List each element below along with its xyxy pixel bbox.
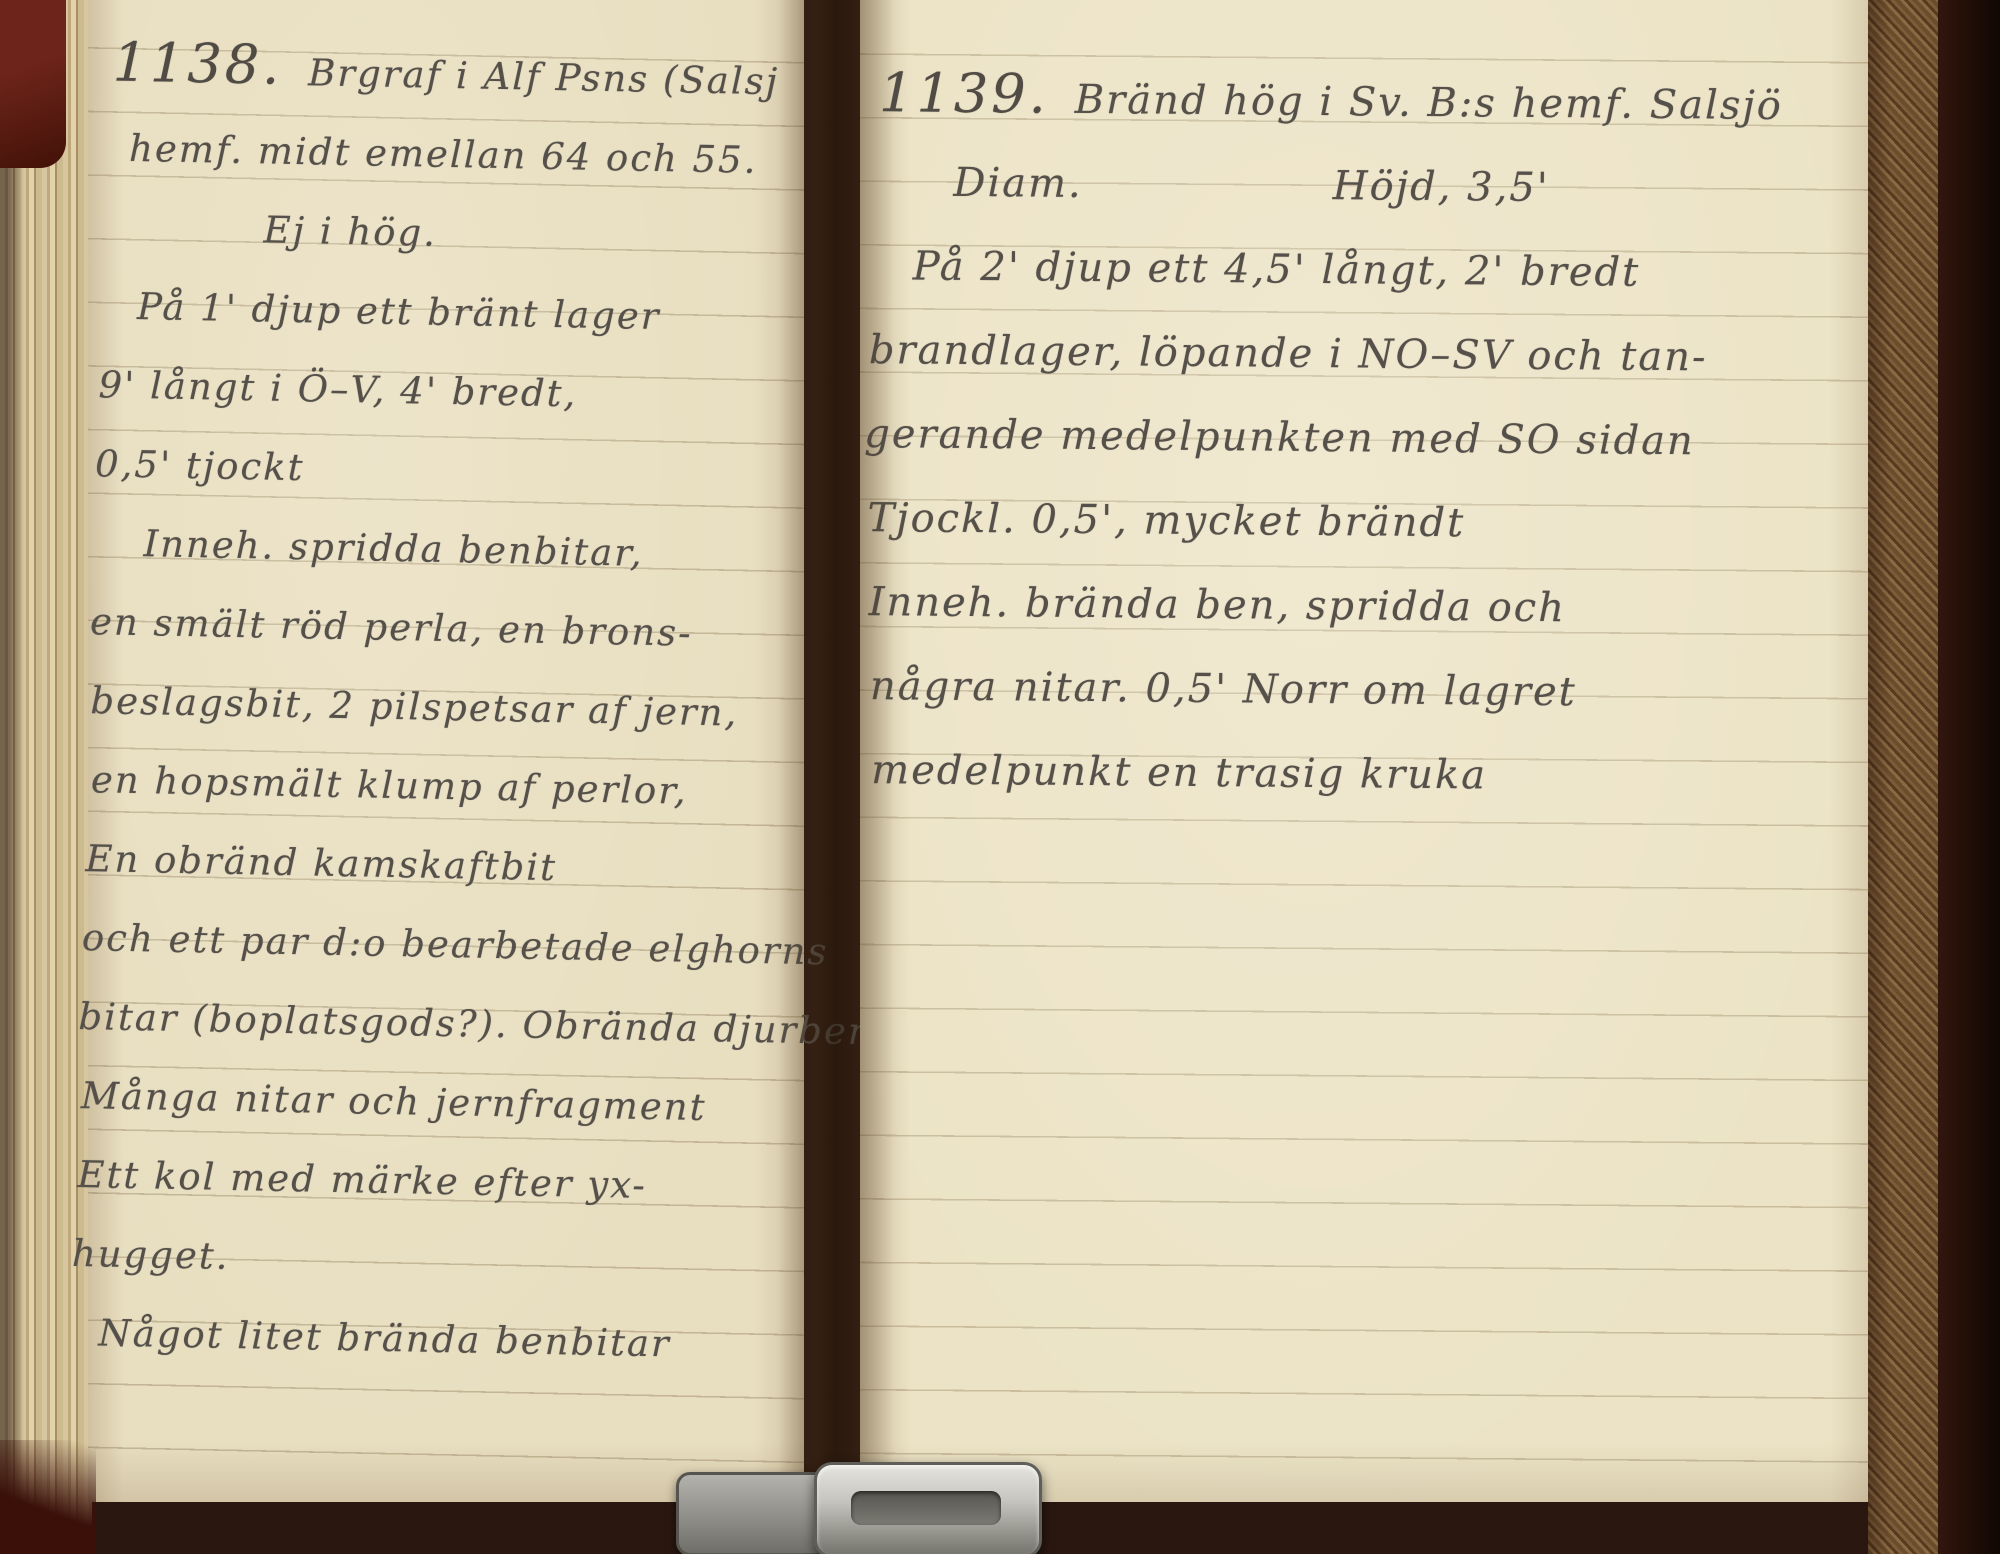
handwritten-line: en smält röd perla, en brons- [90, 561, 793, 653]
handwritten-line: På 2' djup ett 4,5' långt, 2' bredt [913, 202, 1869, 294]
book-scan: 1138. Brgraf i Alf Psns (Salsj hemf. mid… [0, 0, 2000, 1554]
handwritten-line: 1139. Bränd hög i Sv. B:s hemf. Salsjö [879, 34, 1870, 127]
line-text: Inneh. brända ben, spridda och [869, 582, 1567, 628]
line-text: hemf. midt emellan 64 och 55. [129, 130, 758, 179]
line-text: En obränd kamskaftbit [85, 840, 557, 886]
entry-1138-title: Brgraf i Alf Psns (Salsj [308, 54, 780, 100]
line-text: hugget. [72, 1235, 230, 1275]
left-page: 1138. Brgraf i Alf Psns (Salsj hemf. mid… [88, 0, 804, 1502]
handwritten-line: Tjockl. 0,5', mycket brändt [867, 454, 1866, 547]
line-text: På 1' djup ett bränt lager [137, 288, 661, 335]
line-text: 9' långt i Ö–V, 4' bredt, [98, 366, 577, 412]
clasp-slot [851, 1491, 1001, 1525]
book-clasp [676, 1458, 1076, 1554]
handwritten-line: 0,5' tjockt [95, 403, 796, 495]
line-text: en smält röd perla, en brons- [90, 603, 693, 652]
handwritten-line: några nitar. 0,5' Norr om lagret [870, 622, 1865, 715]
line-text: Tjockl. 0,5', mycket brändt [867, 498, 1465, 543]
hojd-label: Höjd, 3,5' [1333, 166, 1550, 208]
line-text: en hopsmält klump af perlor, [91, 761, 688, 809]
line-text: Ej i hög. [263, 211, 437, 251]
handwritten-line: Något litet brända benbitar [98, 1272, 779, 1364]
handwritten-line: hugget. [72, 1193, 781, 1286]
handwritten-line: På 1' djup ett bränt lager [137, 246, 799, 338]
clasp-buckle [814, 1462, 1042, 1554]
line-text: några nitar. 0,5' Norr om lagret [870, 666, 1577, 712]
handwritten-line: gerande medelpunkten med SO sidan [864, 370, 1867, 463]
diam-label: Diam. [953, 163, 1083, 204]
right-page-text: 1139. Bränd hög i Sv. B:s hemf. Salsjö D… [847, 0, 1870, 1511]
handwritten-line: Diam. Höjd, 3,5' [858, 118, 1869, 211]
clasp-strap [676, 1472, 832, 1554]
entry-1139-title: Bränd hög i Sv. B:s hemf. Salsjö [1075, 80, 1783, 126]
right-page: 20 1139. Bränd hög i Sv. B:s hemf. Salsj… [860, 0, 1870, 1502]
handwritten-line: brandlager, löpande i NO–SV och tan- [869, 286, 1868, 379]
line-text: gerande medelpunkten med SO sidan [864, 414, 1695, 461]
handwritten-line: 1138. Brgraf i Alf Psns (Salsj [112, 8, 803, 100]
handwritten-line: 9' långt i Ö–V, 4' bredt, [98, 324, 797, 416]
line-text: medelpunkt en trasig kruka [871, 750, 1487, 795]
line-text: brandlager, löpande i NO–SV och tan- [869, 330, 1708, 377]
cover-corner-top-left [0, 0, 66, 168]
line-text: 0,5' tjockt [95, 445, 305, 486]
line-text: Många nitar och jernfragment [81, 1077, 707, 1126]
book-edge-right [1938, 0, 2000, 1554]
line-text: På 2' djup ett 4,5' långt, 2' bredt [913, 246, 1641, 292]
book-cover-right [1868, 0, 1944, 1554]
entry-number-1139: 1139. [879, 70, 1049, 120]
left-page-text: 1138. Brgraf i Alf Psns (Salsj hemf. mid… [59, 0, 804, 1515]
cover-corner-bottom-left [0, 1440, 96, 1554]
handwritten-line: Inneh. spridda benbitar, [143, 483, 794, 574]
handwritten-line: Ej i hög. [263, 169, 800, 258]
handwritten-line: medelpunkt en trasig kruka [871, 706, 1864, 799]
handwritten-line: Inneh. brända ben, spridda och [869, 538, 1866, 631]
entry-number-1138: 1138. [112, 39, 282, 91]
line-text: Något litet brända benbitar [98, 1314, 671, 1362]
line-text: Ett kol med märke efter yx- [77, 1156, 647, 1204]
handwritten-line: och ett par d:o bearbetade elghorns [82, 877, 787, 970]
line-text: Inneh. spridda benbitar, [143, 525, 644, 572]
